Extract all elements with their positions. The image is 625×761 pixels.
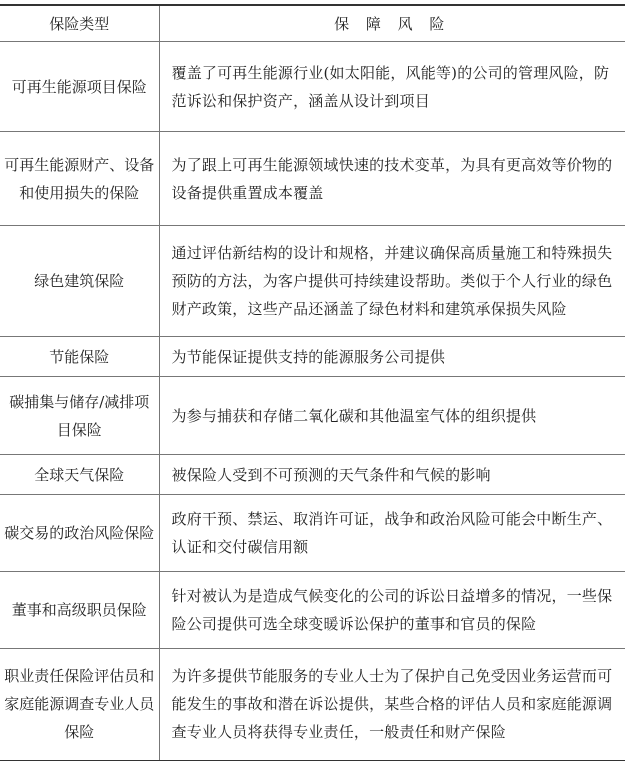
risk-cell: 被保险人受到不可预测的天气条件和气候的影响 — [159, 455, 625, 495]
insurance-type-cell: 碳交易的政治风险保险 — [0, 495, 159, 572]
table-row: 董事和高级职员保险 针对被认为是造成气候变化的公司的诉讼日益增多的情况，一些保险… — [0, 572, 625, 649]
risk-cell: 为参与捕获和存储二氧化碳和其他温室气体的组织提供 — [159, 377, 625, 455]
risk-cell: 为许多提供节能服务的专业人士为了保护自己免受因业务运营而可能发生的事故和潜在诉讼… — [159, 649, 625, 761]
table-row: 可再生能源项目保险 覆盖了可再生能源行业(如太阳能，风能等)的公司的管理风险，防… — [0, 42, 625, 132]
table-row: 可再生能源财产、设备和使用损失的保险 为了跟上可再生能源领域快速的技术变革，为具… — [0, 132, 625, 226]
insurance-table: 保险类型 保 障 风 险 可再生能源项目保险 覆盖了可再生能源行业(如太阳能，风… — [0, 4, 625, 761]
risk-cell: 针对被认为是造成气候变化的公司的诉讼日益增多的情况，一些保险公司提供可选全球变暖… — [159, 572, 625, 649]
table-row: 碳交易的政治风险保险 政府干预、禁运、取消许可证，战争和政治风险可能会中断生产、… — [0, 495, 625, 572]
table-header-row: 保险类型 保 障 风 险 — [0, 5, 625, 42]
table-row: 绿色建筑保险 通过评估新结构的设计和规格，并建议确保高质量施工和特殊损失预防的方… — [0, 226, 625, 337]
risk-cell: 政府干预、禁运、取消许可证，战争和政治风险可能会中断生产、认证和交付碳信用额 — [159, 495, 625, 572]
table-row: 节能保险 为节能保证提供支持的能源服务公司提供 — [0, 337, 625, 377]
risk-cell: 通过评估新结构的设计和规格，并建议确保高质量施工和特殊损失预防的方法，为客户提供… — [159, 226, 625, 337]
header-risk-coverage: 保 障 风 险 — [159, 5, 625, 42]
risk-cell: 为节能保证提供支持的能源服务公司提供 — [159, 337, 625, 377]
insurance-type-cell: 全球天气保险 — [0, 455, 159, 495]
table-row: 职业责任保险评估员和家庭能源调查专业人员保险 为许多提供节能服务的专业人士为了保… — [0, 649, 625, 761]
insurance-type-cell: 碳捕集与储存/减排项目保险 — [0, 377, 159, 455]
insurance-type-cell: 职业责任保险评估员和家庭能源调查专业人员保险 — [0, 649, 159, 761]
header-insurance-type: 保险类型 — [0, 5, 159, 42]
table-row: 全球天气保险 被保险人受到不可预测的天气条件和气候的影响 — [0, 455, 625, 495]
insurance-type-cell: 绿色建筑保险 — [0, 226, 159, 337]
insurance-type-cell: 节能保险 — [0, 337, 159, 377]
insurance-type-cell: 可再生能源财产、设备和使用损失的保险 — [0, 132, 159, 226]
risk-cell: 为了跟上可再生能源领域快速的技术变革，为具有更高效等价物的设备提供重置成本覆盖 — [159, 132, 625, 226]
insurance-type-cell: 董事和高级职员保险 — [0, 572, 159, 649]
table-row: 碳捕集与储存/减排项目保险 为参与捕获和存储二氧化碳和其他温室气体的组织提供 — [0, 377, 625, 455]
risk-cell: 覆盖了可再生能源行业(如太阳能，风能等)的公司的管理风险，防范诉讼和保护资产，涵… — [159, 42, 625, 132]
insurance-type-cell: 可再生能源项目保险 — [0, 42, 159, 132]
